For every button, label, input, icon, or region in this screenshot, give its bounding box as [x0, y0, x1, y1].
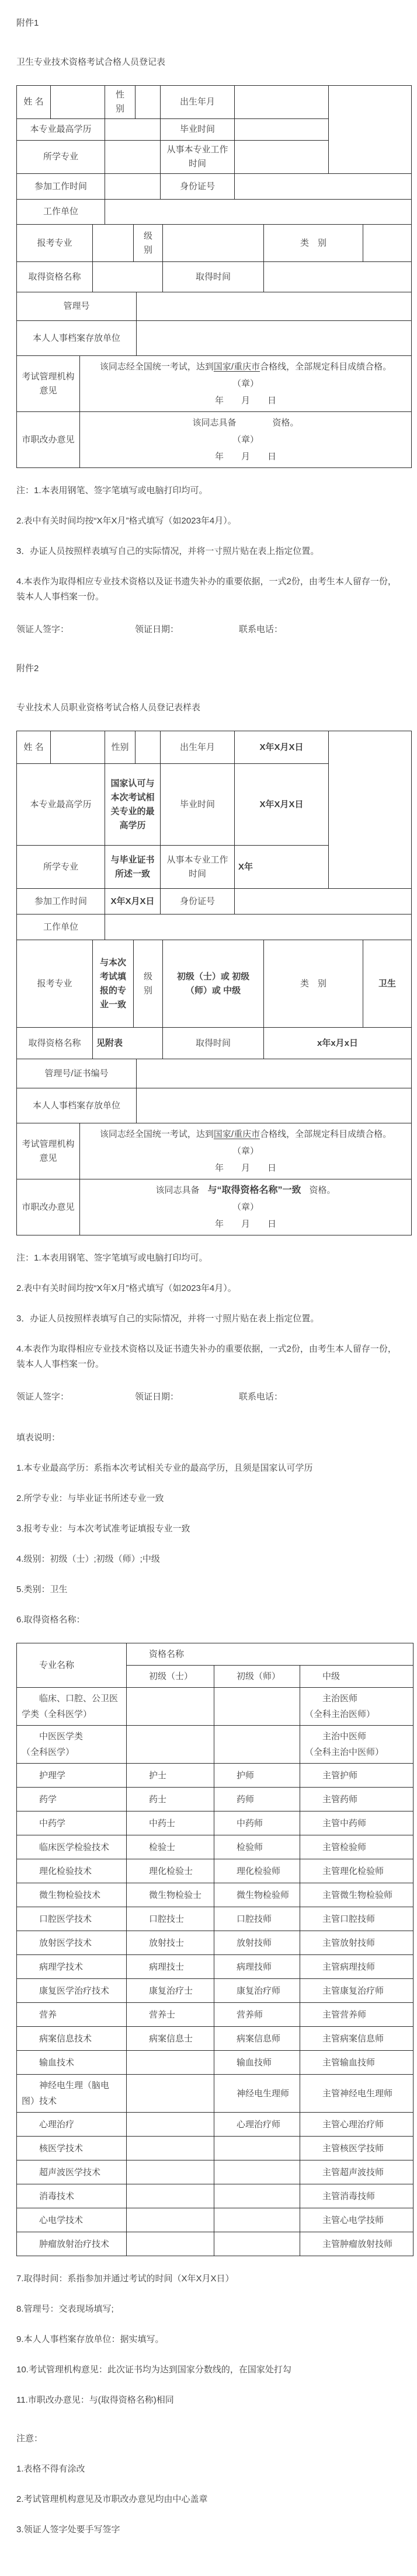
level-value: [163, 225, 264, 262]
work-unit-value: [105, 914, 412, 940]
table-row: 理化检验技术理化检验士理化检验师主管理化检验师: [17, 1859, 413, 1883]
join-time-value: [105, 174, 161, 200]
qual-name-value: 见附表: [93, 1028, 163, 1059]
form1-basic-table: 姓 名 性 别 出生年月 本专业最高学历 毕业时间 所学专业 从事本专业工作时间…: [16, 85, 412, 225]
form2-title: 专业技术人员职业资格考试合格人员登记表样表: [16, 701, 405, 713]
qualification-name-cell: [214, 2160, 300, 2184]
qualification-name-cell: [214, 1688, 300, 1726]
qualification-name-cell: 主管心电学技师: [300, 2208, 413, 2232]
name-label: 姓 名: [17, 731, 51, 764]
qualification-name-cell: 主管康复治疗师: [300, 1979, 413, 2003]
major-name-cell: 病案信息技术: [17, 2027, 127, 2051]
opinion-underlined-text: 国家/重庆市: [214, 362, 260, 372]
qualification-name-cell: 检验师: [214, 1835, 300, 1859]
major-name-header: 专业名称: [17, 1643, 127, 1688]
seal-placeholder: （章）: [84, 375, 408, 392]
category-label: 类 别: [264, 225, 363, 262]
city-opinion-text: 该同志具备资格。: [84, 414, 408, 431]
table-row: 消毒技术主管消毒技师: [17, 2184, 413, 2208]
table-row: 中药学中药士中药师主管中药师: [17, 1811, 413, 1835]
document: 附件1 卫生专业技术资格考试合格人员登记表 姓 名 性 别 出生年月 本专业最高…: [0, 0, 417, 2576]
table-row: 取得资格名称 取得时间: [17, 262, 412, 292]
table-row: 专业名称 资格名称: [17, 1643, 413, 1666]
name-label: 姓 名: [17, 86, 51, 119]
mgmt-no-label: 管理号/证书编号: [17, 1059, 137, 1088]
level-mid-header: 中级: [300, 1666, 413, 1688]
qualification-name-cell: 主管放射技师: [300, 1931, 413, 1955]
major-name-cell: 康复医学治疗技术: [17, 1979, 127, 2003]
major-name-cell: 临床医学检验技术: [17, 1835, 127, 1859]
note-paragraph: 3．办证人员按照样表填写自己的实际情况，并将一寸照片贴在表上指定位置。: [16, 1311, 404, 1327]
table-row: 市职改办意见 该同志具备与“取得资格名称”一致资格。 （章） 年 月 日: [17, 1179, 412, 1235]
qualification-name-cell: 主管病理技师: [300, 1955, 413, 1979]
major-value: [105, 141, 161, 174]
grad-time-value: [235, 119, 329, 141]
major-name-cell: 核医学技术: [17, 2137, 127, 2160]
obtain-time-label: 取得时间: [163, 262, 264, 292]
exam-org-label: 考试管理机构意见: [17, 1123, 80, 1179]
id-no-label: 身份证号: [161, 174, 235, 200]
date-placeholder: 年 月 日: [84, 392, 408, 409]
qualification-name-cell: 主管微生物检验师: [300, 1883, 413, 1907]
sign-date-label: 领证日期：: [135, 1390, 239, 1405]
photo-area: [329, 731, 412, 889]
form2-mgmt-table: 管理号/证书编号 本人人事档案存放单位: [16, 1059, 412, 1123]
qualification-name-cell: 神经电生理师: [214, 2075, 300, 2113]
archive-unit-label: 本人人事档案存放单位: [17, 321, 137, 356]
table-row: 工作单位: [17, 914, 412, 940]
instruction-item: 6.取得资格名称：: [16, 1612, 404, 1628]
qualification-name-cell: 营养师: [214, 2003, 300, 2027]
id-no-label: 身份证号: [161, 889, 235, 914]
seal-placeholder: （章）: [84, 431, 408, 448]
qualification-name-cell: 病案信息士: [127, 2027, 214, 2051]
level-value: 初级（士）或 初级（师）或 中级: [163, 940, 264, 1028]
table-row: 报考专业 级 别 类 别: [17, 225, 412, 262]
notice-item: 1.表格不得有涂改: [16, 2462, 404, 2477]
qualification-name-cell: 营养士: [127, 2003, 214, 2027]
sign-line: 领证人签字： 领证日期： 联系电话：: [16, 622, 404, 637]
id-no-value: [235, 889, 412, 914]
exam-org-label: 考试管理机构意见: [17, 356, 80, 412]
qualification-name-cell: 主管神经电生理师: [300, 2075, 413, 2113]
qualification-name-cell: [214, 2232, 300, 2256]
major-name-cell: 理化检验技术: [17, 1859, 127, 1883]
major-name-cell: 超声波医学技术: [17, 2160, 127, 2184]
qualification-name-cell: 理化检验士: [127, 1859, 214, 1883]
highest-edu-value: [105, 119, 161, 141]
table-row: 微生物检验技术微生物检验士微生物检验师主管微生物检验师: [17, 1883, 413, 1907]
apply-major-label: 报考专业: [17, 225, 93, 262]
table-row: 营养营养士营养师主管营养师: [17, 2003, 413, 2027]
qualification-table: 专业名称 资格名称 初级（士） 初级（师） 中级 临床、口腔、公卫医学类（全科医…: [16, 1643, 413, 2256]
grad-time-label: 毕业时间: [161, 119, 235, 141]
qualification-name-cell: 病理技士: [127, 1955, 214, 1979]
qualification-name-cell: 病理技师: [214, 1955, 300, 1979]
archive-unit-value: [137, 321, 412, 356]
instruction-item: 9.本人人事档案存放单位：据实填写。: [16, 2332, 404, 2347]
table-row: 中医医学类 （全科医学）主治中医师 （全科主治中医师）: [17, 1726, 413, 1764]
form2-basic-table: 姓 名 性别 出生年月 X年X月X日 本专业最高学历 国家认可与本次考试相关专业…: [16, 731, 412, 940]
major-name-cell: 消毒技术: [17, 2184, 127, 2208]
table-row: 工作单位: [17, 200, 412, 225]
attachment2-label: 附件2: [16, 662, 405, 674]
notice-items: 1.表格不得有涂改2.考试管理机构意见及市职改办意见均由中心盖章3.领证人签字处…: [0, 2462, 417, 2537]
instruction-item: 3.报考专业：与本次考试准考证填报专业一致: [16, 1521, 404, 1537]
instruction-item: 4.级别：初级（士）;初级（师）;中级: [16, 1552, 404, 1567]
note-paragraph: 4.本表作为取得相应专业技术资格以及证书遗失补办的重要依据，一式2份，由考生本人…: [16, 574, 404, 605]
phone-label: 联系电话：: [239, 1390, 283, 1405]
gender-label: 性别: [105, 731, 135, 764]
grad-time-value: X年X月X日: [235, 764, 329, 846]
opinion-text: 资格。: [310, 1185, 336, 1195]
city-opinion-text: 该同志具备与“取得资格名称”一致资格。: [84, 1182, 408, 1199]
apply-major-value: 与本次考试填报的专业一致: [93, 940, 134, 1028]
note-paragraph: 注：1.本表用钢笔、签字笔填写或电脑打印均可。: [16, 1251, 404, 1266]
sign-label: 领证人签字：: [16, 622, 135, 637]
qualification-name-cell: 主管药师: [300, 1788, 413, 1811]
qualification-name-cell: [214, 2137, 300, 2160]
table-row: 报考专业 与本次考试填报的专业一致 级 别 初级（士）或 初级（师）或 中级 类…: [17, 940, 412, 1028]
qualification-name-cell: 主管超声波技师: [300, 2160, 413, 2184]
form1-notes: 注：1.本表用钢笔、签字笔填写或电脑打印均可。2.表中有关时间均按“X年X月”格…: [0, 483, 417, 605]
qualification-name-cell: 康复治疗士: [127, 1979, 214, 2003]
level-shi2-header: 初级（师）: [214, 1666, 300, 1688]
gender-value: [135, 731, 161, 764]
phone-label: 联系电话：: [239, 622, 283, 637]
highest-edu-label: 本专业最高学历: [17, 764, 105, 846]
level-label: 级 别: [134, 940, 163, 1028]
table-row: 临床、口腔、公卫医学类（全科医学）主治医师 （全科主治医师）: [17, 1688, 413, 1726]
obtain-time-value: [264, 262, 412, 292]
apply-major-value: [93, 225, 134, 262]
seal-placeholder: （章）: [84, 1199, 408, 1216]
table-row: 参加工作时间 身份证号: [17, 174, 412, 200]
id-no-value: [235, 174, 412, 200]
instructions-title: 填表说明：: [16, 1430, 404, 1446]
exam-org-opinion: 该同志经全国统一考试，达到国家/重庆市合格线，全部规定科目成绩合格。 （章） 年…: [80, 1123, 412, 1179]
qualification-name-cell: [127, 1726, 214, 1764]
level-label: 级 别: [134, 225, 163, 262]
opinion-underlined-text: 国家/重庆市: [214, 1129, 260, 1139]
table-row: 本人人事档案存放单位: [17, 1088, 412, 1123]
qualification-name-cell: 主治医师 （全科主治医师）: [300, 1688, 413, 1726]
date-placeholder: 年 月 日: [84, 448, 408, 465]
major-label: 所学专业: [17, 141, 105, 174]
opinion-text: 合格线，全部规定科目成绩合格。: [260, 362, 391, 372]
city-office-label: 市职改办意见: [17, 412, 80, 468]
qualification-name-cell: [214, 1726, 300, 1764]
note-paragraph: 2.表中有关时间均按“X年X月”格式填写（如2023年4月）。: [16, 514, 404, 529]
table-row: 肿瘤放射治疗技术主管肿瘤放射技师: [17, 2232, 413, 2256]
major-name-cell: 药学: [17, 1788, 127, 1811]
qualification-name-cell: 微生物检验士: [127, 1883, 214, 1907]
note-paragraph: 4.本表作为取得相应专业技术资格以及证书遗失补办的重要依据，一式2份，由考生本人…: [16, 1342, 404, 1372]
qualification-name-cell: [127, 2184, 214, 2208]
level-shi-header: 初级（士）: [127, 1666, 214, 1688]
qualification-name-cell: [127, 2208, 214, 2232]
table-row: 管理号/证书编号: [17, 1059, 412, 1088]
gender-value: [135, 86, 161, 119]
gender-label: 性 别: [105, 86, 135, 119]
obtain-time-value: x年x月x日: [264, 1028, 412, 1059]
qualification-name-cell: [127, 2051, 214, 2075]
table-row: 输血技术输血技师主管输血技师: [17, 2051, 413, 2075]
archive-unit-value: [137, 1088, 412, 1123]
major-name-cell: 神经电生理（脑电图）技术: [17, 2075, 127, 2113]
opinion-text: 合格线，全部规定科目成绩合格。: [260, 1129, 391, 1139]
mgmt-no-label: 管理号: [17, 292, 137, 321]
instruction-item: 10.考试管理机构意见：此次证书均为达到国家分数线的，在国家处打勾: [16, 2362, 404, 2378]
notice-item: 2.考试管理机构意见及市职改办意见均由中心盖章: [16, 2492, 404, 2507]
birth-value: [235, 86, 329, 119]
qualification-name-cell: [127, 2075, 214, 2113]
archive-unit-label: 本人人事档案存放单位: [17, 1088, 137, 1123]
city-office-label: 市职改办意见: [17, 1179, 80, 1235]
major-name-cell: 输血技术: [17, 2051, 127, 2075]
instruction-item: 8.管理号：交表现场填写;: [16, 2302, 404, 2317]
form2-notes: 注：1.本表用钢笔、签字笔填写或电脑打印均可。2.表中有关时间均按“X年X月”格…: [0, 1251, 417, 1372]
note-paragraph: 2.表中有关时间均按“X年X月”格式填写（如2023年4月）。: [16, 1281, 404, 1296]
grad-time-label: 毕业时间: [161, 764, 235, 846]
table-row: 姓 名 性别 出生年月 X年X月X日: [17, 731, 412, 764]
major-name-cell: 临床、口腔、公卫医学类（全科医学）: [17, 1688, 127, 1726]
mgmt-no-value: [137, 292, 412, 321]
major-name-cell: 病理学技术: [17, 1955, 127, 1979]
work-time-label: 从事本专业工作时间: [161, 141, 235, 174]
date-placeholder: 年 月 日: [84, 1160, 408, 1177]
qualification-name-cell: 主管理化检验师: [300, 1859, 413, 1883]
qualification-name-cell: [214, 2184, 300, 2208]
qualification-name-cell: 中药师: [214, 1811, 300, 1835]
instruction-item: 7.取得时间：系指参加并通过考试的时间（X年X月X日）: [16, 2271, 404, 2287]
qualification-name-cell: 主管消毒技师: [300, 2184, 413, 2208]
birth-label: 出生年月: [161, 731, 235, 764]
qualification-name-cell: 主管营养师: [300, 2003, 413, 2027]
opinion-text: 该同志经全国统一考试，达到: [100, 1129, 214, 1139]
join-time-label: 参加工作时间: [17, 174, 105, 200]
form1-exam-table: 报考专业 级 别 类 别 取得资格名称 取得时间: [16, 224, 412, 292]
seal-placeholder: （章）: [84, 1143, 408, 1160]
qualification-name-cell: 主治中医师 （全科主治中医师）: [300, 1726, 413, 1764]
instruction-item: 11.市职改办意见：与(取得资格名称)相同: [16, 2393, 404, 2408]
birth-label: 出生年月: [161, 86, 235, 119]
form2-opinion-table: 考试管理机构意见 该同志经全国统一考试，达到国家/重庆市合格线，全部规定科目成绩…: [16, 1123, 412, 1235]
instruction-item: 1.本专业最高学历：系指本次考试相关专业的最高学历，且须是国家认可学历: [16, 1461, 404, 1476]
qualification-name-cell: 主管中药师: [300, 1811, 413, 1835]
qualification-name-cell: 药师: [214, 1788, 300, 1811]
qualification-name-cell: 康复治疗师: [214, 1979, 300, 2003]
qualification-name-cell: 主管检验师: [300, 1835, 413, 1859]
qualification-name-cell: 心理治疗师: [214, 2113, 300, 2137]
qualification-name-cell: 检验士: [127, 1835, 214, 1859]
qualification-name-cell: 输血技师: [214, 2051, 300, 2075]
date-placeholder: 年 月 日: [84, 1216, 408, 1233]
major-name-cell: 肿瘤放射治疗技术: [17, 2232, 127, 2256]
table-row: 护理学护士护师主管护师: [17, 1764, 413, 1788]
qual-name-label: 取得资格名称: [17, 262, 93, 292]
qual-name-value: [93, 262, 163, 292]
table-row: 心电学技术主管心电学技师: [17, 2208, 413, 2232]
qualification-name-cell: 主管口腔技师: [300, 1907, 413, 1931]
exam-opinion-text: 该同志经全国统一考试，达到国家/重庆市合格线，全部规定科目成绩合格。: [84, 1126, 408, 1143]
highest-edu-value: 国家认可与本次考试相关专业的最高学历: [105, 764, 161, 846]
qualification-name-cell: 主管病案信息师: [300, 2027, 413, 2051]
table-row: 姓 名 性 别 出生年月: [17, 86, 412, 119]
qualification-name-cell: 主管输血技师: [300, 2051, 413, 2075]
qualification-name-cell: [127, 2160, 214, 2184]
table-row: 临床医学检验技术检验士检验师主管检验师: [17, 1835, 413, 1859]
instructions-after: 7.取得时间：系指参加并通过考试的时间（X年X月X日）8.管理号：交表现场填写;…: [0, 2271, 417, 2408]
qualification-name-cell: 药士: [127, 1788, 214, 1811]
notice-item: 3.领证人签字处要手写签字: [16, 2522, 404, 2537]
table-row: 康复医学治疗技术康复治疗士康复治疗师主管康复治疗师: [17, 1979, 413, 2003]
category-value: [363, 225, 412, 262]
major-name-cell: 口腔医学技术: [17, 1907, 127, 1931]
table-row: 取得资格名称 见附表 取得时间 x年x月x日: [17, 1028, 412, 1059]
major-name-cell: 营养: [17, 2003, 127, 2027]
notice-title: 注意：: [16, 2431, 404, 2446]
qualification-name-cell: 微生物检验师: [214, 1883, 300, 1907]
qualification-name-cell: 主管核医学技师: [300, 2137, 413, 2160]
sign-label: 领证人签字：: [16, 1390, 135, 1405]
obtain-time-label: 取得时间: [163, 1028, 264, 1059]
instruction-item: 5.类别：卫生: [16, 1582, 404, 1597]
city-office-opinion: 该同志具备资格。 （章） 年 月 日: [80, 412, 412, 468]
major-name-cell: 放射医学技术: [17, 1931, 127, 1955]
note-paragraph: 3．办证人员按照样表填写自己的实际情况，并将一寸照片贴在表上指定位置。: [16, 544, 404, 559]
join-time-value: X年X月X日: [105, 889, 161, 914]
major-name-cell: 心理治疗: [17, 2113, 127, 2137]
major-name-cell: 微生物检验技术: [17, 1883, 127, 1907]
major-name-cell: 护理学: [17, 1764, 127, 1788]
qualification-name-cell: 口腔技士: [127, 1907, 214, 1931]
form1-opinion-table: 考试管理机构意见 该同志经全国统一考试，达到国家/重庆市合格线，全部规定科目成绩…: [16, 355, 412, 468]
work-time-value: X年: [235, 846, 329, 889]
qualification-name-cell: 主管心理治疗师: [300, 2113, 413, 2137]
qualification-name-cell: 放射技士: [127, 1931, 214, 1955]
instructions-before: 1.本专业最高学历：系指本次考试相关专业的最高学历，且须是国家认可学历2.所学专…: [0, 1461, 417, 1628]
table-row: 考试管理机构意见 该同志经全国统一考试，达到国家/重庆市合格线，全部规定科目成绩…: [17, 356, 412, 412]
city-office-opinion: 该同志具备与“取得资格名称”一致资格。 （章） 年 月 日: [80, 1179, 412, 1235]
category-value: 卫生: [363, 940, 412, 1028]
table-row: 口腔医学技术口腔技士口腔技师主管口腔技师: [17, 1907, 413, 1931]
work-unit-label: 工作单位: [17, 200, 105, 225]
qualification-name-cell: [127, 2232, 214, 2256]
work-unit-value: [105, 200, 412, 225]
qualification-name-cell: [127, 1688, 214, 1726]
qualification-rows: 临床、口腔、公卫医学类（全科医学）主治医师 （全科主治医师）中医医学类 （全科医…: [17, 1688, 413, 2256]
mgmt-no-value: [137, 1059, 412, 1088]
category-label: 类 别: [264, 940, 363, 1028]
table-row: 考试管理机构意见 该同志经全国统一考试，达到国家/重庆市合格线，全部规定科目成绩…: [17, 1123, 412, 1179]
qualification-name-cell: 护师: [214, 1764, 300, 1788]
work-unit-label: 工作单位: [17, 914, 105, 940]
qualification-group-header: 资格名称: [127, 1643, 413, 1666]
form2-exam-table: 报考专业 与本次考试填报的专业一致 级 别 初级（士）或 初级（师）或 中级 类…: [16, 940, 412, 1059]
qualification-name-cell: [127, 2113, 214, 2137]
exam-opinion-text: 该同志经全国统一考试，达到国家/重庆市合格线，全部规定科目成绩合格。: [84, 358, 408, 375]
apply-major-label: 报考专业: [17, 940, 93, 1028]
name-value: [51, 86, 105, 119]
qualification-name-cell: 主管肿瘤放射技师: [300, 2232, 413, 2256]
qualification-name-cell: 病案信息师: [214, 2027, 300, 2051]
opinion-text: 资格。: [273, 418, 299, 428]
qualification-name-cell: 护士: [127, 1764, 214, 1788]
table-row: 药学药士药师主管药师: [17, 1788, 413, 1811]
form1-title: 卫生专业技术资格考试合格人员登记表: [16, 55, 405, 68]
table-row: 本人人事档案存放单位: [17, 321, 412, 356]
exam-org-opinion: 该同志经全国统一考试，达到国家/重庆市合格线，全部规定科目成绩合格。 （章） 年…: [80, 356, 412, 412]
table-row: 神经电生理（脑电图）技术神经电生理师主管神经电生理师: [17, 2075, 413, 2113]
highest-edu-label: 本专业最高学历: [17, 119, 105, 141]
major-name-cell: 心电学技术: [17, 2208, 127, 2232]
join-time-label: 参加工作时间: [17, 889, 105, 914]
name-value: [51, 731, 105, 764]
opinion-bold-text: 与“取得资格名称”一致: [207, 1185, 301, 1195]
note-paragraph: 注：1.本表用钢笔、签字笔填写或电脑打印均可。: [16, 483, 404, 498]
qualification-name-cell: 理化检验师: [214, 1859, 300, 1883]
table-row: 超声波医学技术主管超声波技师: [17, 2160, 413, 2184]
sign-date-label: 领证日期：: [135, 622, 239, 637]
instruction-item: 2.所学专业：与毕业证书所述专业一致: [16, 1491, 404, 1506]
table-row: 病案信息技术病案信息士病案信息师主管病案信息师: [17, 2027, 413, 2051]
table-row: 放射医学技术放射技士放射技师主管放射技师: [17, 1931, 413, 1955]
attachment1-label: 附件1: [16, 16, 405, 29]
table-row: 心理治疗心理治疗师主管心理治疗师: [17, 2113, 413, 2137]
qualification-name-cell: 中药士: [127, 1811, 214, 1835]
sign-line: 领证人签字： 领证日期： 联系电话：: [16, 1390, 404, 1405]
qualification-name-cell: 口腔技师: [214, 1907, 300, 1931]
major-label: 所学专业: [17, 846, 105, 889]
birth-value: X年X月X日: [235, 731, 329, 764]
major-name-cell: 中药学: [17, 1811, 127, 1835]
qualification-name-cell: 主管护师: [300, 1764, 413, 1788]
qualification-name-cell: 放射技师: [214, 1931, 300, 1955]
major-value: 与毕业证书所述一致: [105, 846, 161, 889]
table-row: 病理学技术病理技士病理技师主管病理技师: [17, 1955, 413, 1979]
work-time-value: [235, 141, 329, 174]
opinion-text: 该同志具备: [155, 1185, 199, 1195]
table-row: 核医学技术主管核医学技师: [17, 2137, 413, 2160]
qualification-name-cell: [127, 2137, 214, 2160]
table-row: 参加工作时间 X年X月X日 身份证号: [17, 889, 412, 914]
work-time-label: 从事本专业工作时间: [161, 846, 235, 889]
qual-name-label: 取得资格名称: [17, 1028, 93, 1059]
table-row: 市职改办意见 该同志具备资格。 （章） 年 月 日: [17, 412, 412, 468]
major-name-cell: 中医医学类 （全科医学）: [17, 1726, 127, 1764]
opinion-text: 该同志经全国统一考试，达到: [100, 362, 214, 372]
photo-area: [329, 86, 412, 174]
qualification-name-cell: [214, 2208, 300, 2232]
form1-mgmt-table: 管理号 本人人事档案存放单位: [16, 292, 412, 356]
opinion-text: 该同志具备: [192, 418, 236, 428]
table-row: 管理号: [17, 292, 412, 321]
